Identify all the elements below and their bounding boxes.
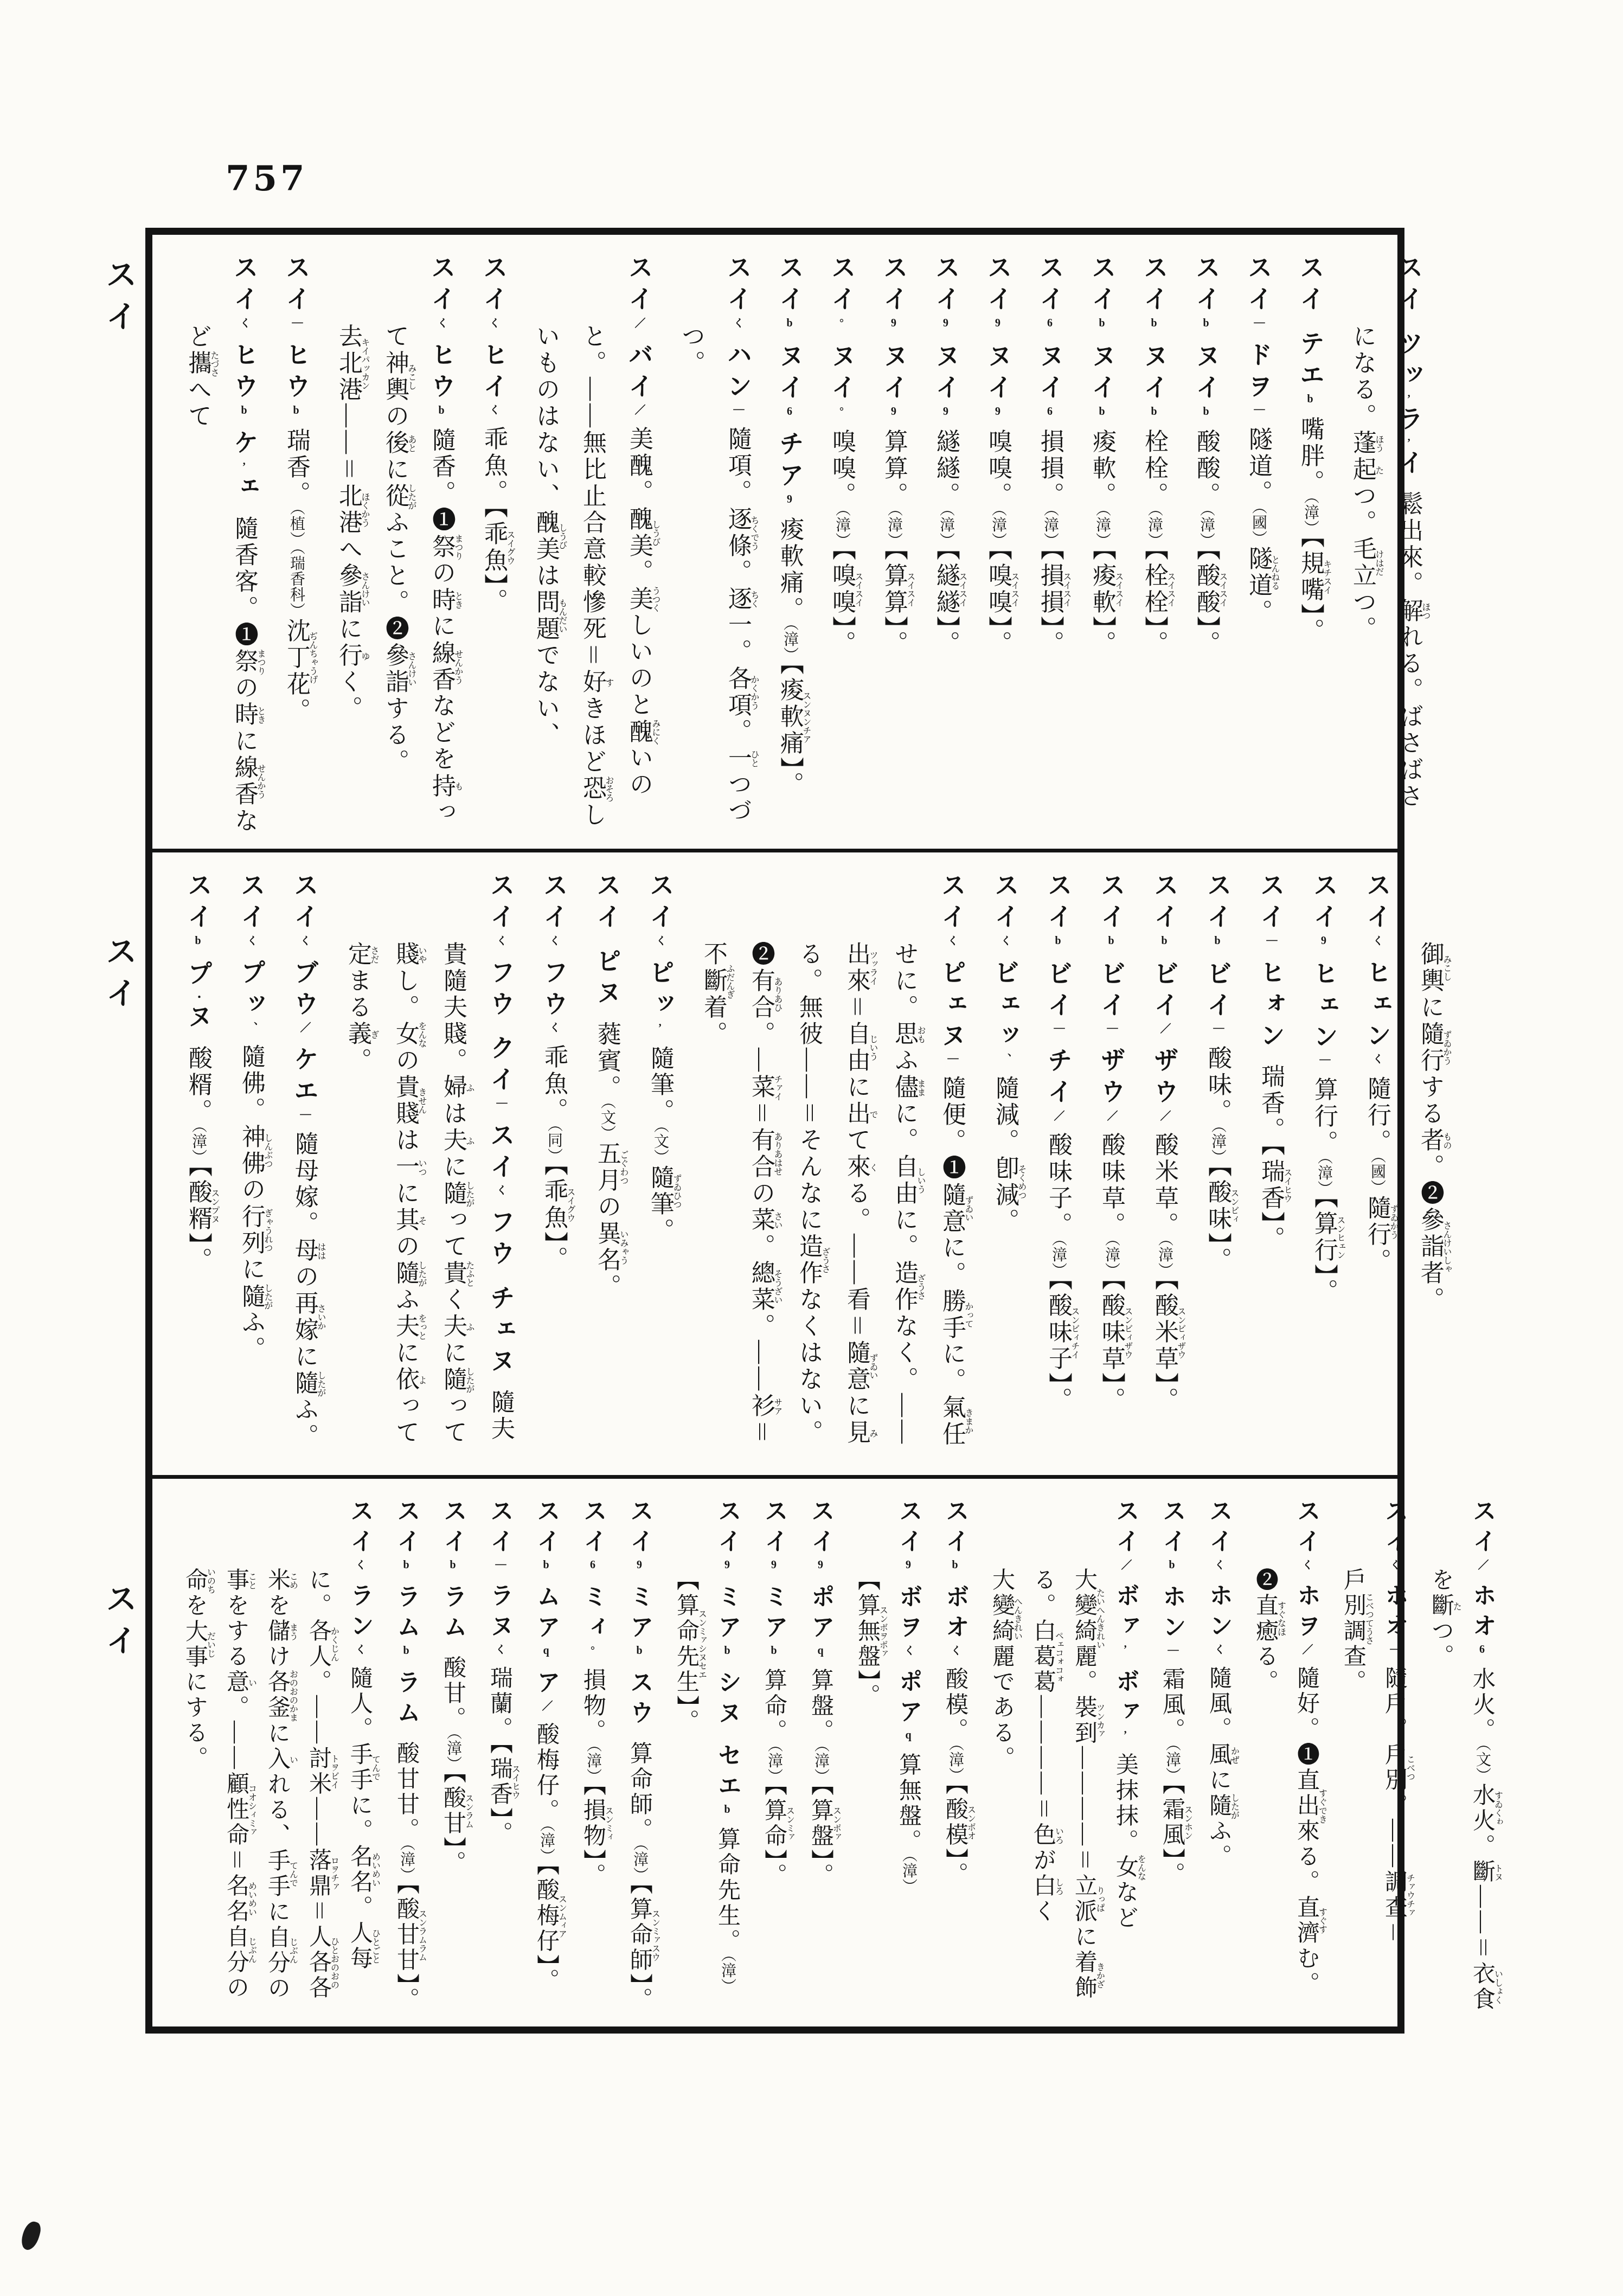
entry-headword-kana: スイく ホンく xyxy=(1205,1498,1232,1655)
tone-mark: く xyxy=(732,317,743,329)
tone-mark: ｜ xyxy=(1105,1023,1117,1035)
dictionary-entry: スイく ヒウb隨香。❶祭まつりの時ときに線香せんかうなどを持もって神輿みこしの後… xyxy=(325,254,465,836)
tone-mark: b xyxy=(784,317,796,330)
source-tag: （漳） xyxy=(1094,509,1111,548)
ink-mark xyxy=(19,2220,43,2252)
entry-definition: 酸味。（漳）【酸味スンビィ】。 xyxy=(1204,1046,1231,1274)
tone-mark: b xyxy=(1148,317,1160,330)
entry-headword-kana: スイb ビイ／ ザウ／ xyxy=(1151,872,1178,1121)
margin-guide-char-su: ス xyxy=(101,255,142,297)
tone-mark: ／ xyxy=(1158,1023,1170,1035)
entry-headword-kana: スイ｜ ドヲ｜ xyxy=(1244,254,1272,416)
tone-mark: b xyxy=(435,405,447,417)
tone-mark: く xyxy=(1300,1559,1312,1570)
entry-headword-kana: スイく ヒェンく xyxy=(1363,872,1391,1065)
entry-definition: 瑞香。【瑞香スイヒウ】。 xyxy=(1258,1064,1284,1253)
dictionary-entry: スイ｜ ヒウb瑞香。（植）（瑞香科）沈丁花ぢんちゃうげ。 xyxy=(273,254,319,836)
source-tag: （瑞香科） xyxy=(288,547,305,618)
tone-mark: 9 xyxy=(814,1559,826,1572)
entry-continuation: 御輿みこしに隨行ずゐかうする者もの。❷參詣者さんけいしゃ。 xyxy=(1406,872,1454,1462)
dictionary-entry: スイ｜ ドヲ｜隧道。（國）隧道とんねる。 xyxy=(1235,254,1281,836)
tone-mark: く xyxy=(487,317,499,329)
entry-definition: 瑞蘭。【瑞香スイヒウ】。 xyxy=(487,1666,512,1847)
dictionary-entry: スイく フウ クイ｜ スイく フウ チェヌ隨夫貴隨夫賤。婦ふは夫ふに隨したがって… xyxy=(333,872,524,1462)
tone-mark: b xyxy=(1200,317,1212,330)
margin-guide-char-i: イ xyxy=(101,1621,142,1663)
entry-definition: 嗅嗅。（漳）【嗅嗅スイスイ】。 xyxy=(985,429,1011,657)
entry-definition: 酸模。（漳）【酸模スンボオ】。 xyxy=(942,1667,967,1888)
dictionary-entry: スイく ヒイく乖魚。【乖魚スイグウ】。 xyxy=(470,254,517,836)
dictionary-entry: スイb ボオく酸模。（漳）【酸模スンボオ】。 xyxy=(934,1498,976,2013)
source-tag: （漳） xyxy=(719,1954,736,1994)
entry-headword-kana: スイ／ ホオ6 xyxy=(1469,1498,1496,1656)
dictionary-entry: スイb ビイ／ ザウ／酸米草。（漳）【酸米草スンビィザウ】。 xyxy=(1140,872,1188,1462)
entry-definition: 隨人。手手てんでに。名名めいめい。人每ひとごとに。各人かくじん。――討米トヲビイ… xyxy=(182,1568,372,2002)
dictionary-entry: スイ9 ポアq算盤。（漳）【算盤スンポァ】。 xyxy=(800,1498,841,2013)
entry-headword-kana: スイb ビイ｜ ザウ／ xyxy=(1098,872,1125,1121)
tone-mark: く xyxy=(245,935,257,946)
tone-mark: b xyxy=(238,405,250,417)
source-tag: （漳） xyxy=(938,509,954,548)
content-frame: スイ ツッ’ラ’イ鬆出來。解ほつれる。ばさばさになる。蓬ほう起たつ。毛立けはだつ… xyxy=(145,228,1404,2034)
entry-headword-kana: スイb ムアq ア／ xyxy=(533,1498,560,1711)
source-tag: （漳） xyxy=(781,623,798,663)
tone-mark: ’ xyxy=(1403,393,1415,406)
tone-mark: 6 xyxy=(1044,406,1056,418)
tone-mark: ｜ xyxy=(1265,935,1276,946)
tone-mark: b xyxy=(1148,406,1160,418)
tone-mark: ° xyxy=(836,317,848,330)
entry-definition: 御輿みこしに隨行ずゐかうする者もの。❷參詣者さんけいしゃ。 xyxy=(1417,941,1444,1313)
entry-definition: 蕤賓。（文）五月ごぐわつの異名いみゃう。 xyxy=(594,1022,620,1300)
source-tag: （漳） xyxy=(190,1125,207,1165)
entry-headword-kana: スイく ピッ’ xyxy=(646,872,674,1035)
tone-mark: ｜ xyxy=(1388,1644,1400,1655)
entry-headword-kana: スイく ピェヌ｜ xyxy=(938,872,966,1065)
tone-mark: ／ xyxy=(633,405,645,416)
dictionary-entry: スイb ラムb ラム酸甘甘。（漳）【酸甘甘スンラムラム】。 xyxy=(386,1498,427,2013)
dictionary-entry: スイく プッ、隨佛。神佛しんぶつの行列ぎゃうれつに隨したがふ。 xyxy=(227,872,275,1462)
dictionary-entry: スイく ハン｜隨項。逐條ちくでう。逐ちく一。各項かくかう。一ひとつづつ。 xyxy=(668,254,761,836)
dictionary-entry: スイb ビイ｜酸味。（漳）【酸味スンビィ】。 xyxy=(1194,872,1241,1462)
source-tag: （漳） xyxy=(833,509,850,548)
tone-mark: b xyxy=(1096,406,1108,418)
tone-mark: ／ xyxy=(1052,1110,1064,1121)
dictionary-entry: スイく ブウ／ ケエ｜隨母嫁。母ははの再嫁さいかに隨したがふ。 xyxy=(280,872,328,1462)
dictionary-entry: スイb ヌイb酸酸。（漳）【酸酸スイスイ】。 xyxy=(1183,254,1229,836)
entry-headword-kana: スイ9 ヌイ9 xyxy=(932,254,960,418)
entry-definition: 算行。（漳）【算行スンヒェン】。 xyxy=(1311,1077,1337,1305)
tone-mark: ｜ xyxy=(732,405,743,416)
tone-mark: ’ xyxy=(1119,1644,1131,1656)
entry-headword-kana: スイ6 ヌイ6 xyxy=(1036,254,1064,418)
tone-mark: ° xyxy=(836,406,848,418)
entry-definition: 隨母嫁。母ははの再嫁さいかに隨したがふ。 xyxy=(291,1131,318,1450)
entry-definition: 酸糈。（漳）【酸糈スンプヌ】。 xyxy=(185,1046,211,1274)
entry-headword-kana: スイ｜ ヒォン xyxy=(1257,872,1285,1054)
entry-definition: 痠軟痛。（漳）【痠軟痛スンヌンチア】。 xyxy=(777,517,803,798)
tone-mark: く xyxy=(435,317,447,329)
tone-mark: b xyxy=(400,1645,412,1657)
dictionary-entry: スイく ホオ｜隨戶。戶別こべつ。――調查チァウチァ＝戶別調查こべつてうさ。 xyxy=(1332,1498,1415,2013)
dictionary-entry: スイく フウく乖魚。（同）【乖魚スイグウ】。 xyxy=(530,872,578,1462)
entry-definition: 酸味草。（漳）【酸味草スンビィザウ】。 xyxy=(1098,1132,1125,1414)
entry-definition: 損物。（漳）【損物スンミィ】。 xyxy=(580,1668,605,1889)
tone-mark: 9 xyxy=(940,317,952,330)
entry-headword-kana: スイく フウ クイ｜ スイく フウ チェヌ xyxy=(487,872,515,1379)
tone-mark: く xyxy=(999,935,1011,946)
tone-mark: く xyxy=(1371,1054,1383,1065)
entry-headword-kana: スイく ホヲ／ xyxy=(1293,1498,1320,1655)
dictionary-entry: スイb プ・ヌ酸糈。（漳）【酸糈スンプヌ】。 xyxy=(174,872,222,1462)
tone-mark: ／ xyxy=(1119,1559,1131,1570)
entry-headword-kana: スイく プッ、 xyxy=(238,872,265,1034)
dictionary-entry: スイ9 ヌイ9繸繸。（漳）【繸繸スイスイ】。 xyxy=(922,254,969,836)
dictionary-entry: スイ／ ボァ’ ボァ’美抹抹。女をんななど大變綺麗たいへんきれい。裝到ツンカァ―… xyxy=(981,1498,1146,2013)
dictionary-entry: スイく ホンく隨風。風かぜに隨したがふ。 xyxy=(1198,1498,1239,2013)
tone-mark: b xyxy=(633,1645,645,1657)
entry-definition: 隨行。（國）隨行ずゐかう。 xyxy=(1364,1076,1390,1275)
entry-headword-kana: スイ9 ヌイ9 xyxy=(880,254,908,418)
dictionary-entry: スイ° ヌイ°嗅嗅。（漳）【嗅嗅スイスイ】。 xyxy=(818,254,865,836)
dictionary-entry: スイ9 ミアb算命。（漳）【算命スンミァ】。 xyxy=(753,1498,794,2013)
tone-mark: 、 xyxy=(245,1022,257,1034)
source-tag: （漳） xyxy=(398,1843,415,1883)
entry-headword-kana: スイ° ヌイ° xyxy=(828,254,856,418)
tone-mark: b xyxy=(540,1559,552,1572)
tone-mark: ｜ xyxy=(946,1054,958,1065)
tone-mark: 9 xyxy=(992,406,1004,418)
tone-mark: b xyxy=(1304,393,1316,406)
tone-mark: b xyxy=(768,1645,780,1657)
entry-definition: 酸甘。（漳）【酸甘スンラム】。 xyxy=(440,1656,465,1876)
source-tag: （漳） xyxy=(1164,1743,1181,1783)
tone-mark: ｜ xyxy=(1166,1645,1178,1656)
source-tag: （文） xyxy=(652,1125,669,1165)
tone-mark: 9 xyxy=(888,317,900,330)
entry-headword-kana: スイ テエb xyxy=(1297,254,1324,406)
dictionary-entry: スイく ホヲ／隨好。❶直出來すぐできる。直濟すぐすむ。❷直癒すぐなほる。 xyxy=(1244,1498,1327,2013)
entry-definition: 算命。（漳）【算命スンミァ】。 xyxy=(761,1668,786,1889)
tone-mark: ｜ xyxy=(298,1109,310,1120)
tone-mark: く xyxy=(902,1645,914,1656)
tone-mark: ｜ xyxy=(493,1559,505,1570)
entry-definition: 隧道。（國）隧道とんねる。 xyxy=(1245,427,1272,626)
source-tag: （國） xyxy=(1250,506,1267,546)
entry-definition: 栓栓。（漳）【栓栓スイスイ】。 xyxy=(1141,429,1167,657)
margin-guide-sui-band3: ス イ xyxy=(101,1579,142,1663)
source-tag: （漳） xyxy=(1103,1239,1120,1278)
dictionary-entry: スイb ビイ｜ ザウ／酸味草。（漳）【酸味草スンビィザウ】。 xyxy=(1087,872,1135,1462)
tone-mark: く xyxy=(298,935,310,946)
entry-headword-kana: スイ9 ヌイ9 xyxy=(984,254,1012,418)
entry-definition: 算算。（漳）【算算スイスイ】。 xyxy=(881,429,907,657)
dictionary-entry: スイb ラム酸甘。（漳）【酸甘スンラム】。 xyxy=(432,1498,473,2013)
dictionary-entry: スイく ピェヌ｜隨便。❶隨意ずゐいに。勝手かってに。氣任きまかせに。思おもふ儘ま… xyxy=(689,872,976,1462)
entry-headword-kana: スイ｜ ラヌく xyxy=(486,1498,513,1655)
source-tag: （文） xyxy=(599,1101,615,1141)
tone-mark: ’ xyxy=(238,461,250,473)
entry-headword-kana: スイb ヌイb xyxy=(1140,254,1168,418)
dictionary-entry: スイ9 ミアb シヌ セエb算命先生。（漳）【算命先生スンミァシヌセエ】。 xyxy=(665,1498,748,2013)
tone-mark: く xyxy=(946,935,958,946)
dictionary-page: 757 ス イ ス イ ス イ スイ ツッ’ラ’イ鬆出來。解ほつれる。ばさばさに… xyxy=(0,0,1623,2296)
dictionary-entry: スイ｜ ヒォン瑞香。【瑞香スイヒウ】。 xyxy=(1247,872,1294,1462)
entry-headword-kana: スイ／ ボァ’ ボァ’ xyxy=(1112,1498,1139,1742)
margin-guide-sui-band2: ス イ xyxy=(101,932,142,1016)
dictionary-entry: スイ9 ボヲく ポアq算無盤。（漳）【算無盤スンボヲポァ】。 xyxy=(846,1498,929,2013)
tone-mark: b xyxy=(721,1645,733,1657)
entry-headword-kana: スイb ボオく xyxy=(942,1498,968,1656)
tone-mark: ｜ xyxy=(290,317,302,329)
entry-definition: 酸甘甘。（漳）【酸甘甘スンラムラム】。 xyxy=(394,1741,419,2013)
entry-headword-kana: スイb ラムb ラム xyxy=(393,1498,420,1730)
tone-mark: 9 xyxy=(633,1559,645,1572)
entry-definition: 瑞香。（植）（瑞香科）沈丁花ぢんちゃうげ。 xyxy=(283,428,310,724)
dictionary-entry: スイ／ バイ／美醜。醜美しうび。美うつくしいのと醜みにくいのと。――無比止合意較… xyxy=(522,254,662,836)
tone-mark: b xyxy=(447,1559,459,1572)
source-tag: （漳） xyxy=(1209,1125,1226,1165)
entry-definition: 算命師。（漳）【算命師スンミァスウ】。 xyxy=(627,1741,652,2013)
entry-headword-kana: スイb プ・ヌ xyxy=(184,872,212,1035)
tone-mark: 9 xyxy=(784,493,796,506)
entry-definition: 酸米草。（漳）【酸米草スンビィザウ】。 xyxy=(1151,1132,1178,1414)
tone-mark: 9 xyxy=(721,1559,733,1572)
entry-headword-kana: スイb ラム xyxy=(440,1498,466,1645)
dictionary-entry: スイく ヒェンく隨行。（國）隨行ずゐかう。 xyxy=(1353,872,1401,1462)
tone-mark: b xyxy=(1158,935,1170,947)
source-tag: （漳） xyxy=(445,1732,461,1772)
tone-mark: ／ xyxy=(1300,1644,1312,1655)
dictionary-entry: スイく ヒウb ケ’ェ隨香客。❶祭まつりの時ときに線香せんかうなど攜たづさへて xyxy=(174,254,267,836)
tone-mark: く xyxy=(1213,1644,1224,1655)
tone-mark: b xyxy=(1211,935,1223,947)
band-divider xyxy=(152,849,1397,852)
source-tag: （漳） xyxy=(990,509,1006,548)
entry-headword-kana: スイく フウく xyxy=(540,872,568,1034)
tone-mark: く xyxy=(1213,1559,1224,1570)
tone-mark: q xyxy=(902,1729,914,1742)
tone-mark: ／ xyxy=(1476,1559,1488,1570)
entry-headword-kana: スイ ツッ’ラ’イ xyxy=(1395,254,1423,481)
entry-headword-kana: スイ9 ヒェン｜ xyxy=(1310,872,1338,1066)
margin-guide-sui-band1: ス イ xyxy=(101,255,142,339)
entry-headword-kana: スイ9 ミアb シヌ セエb xyxy=(714,1498,741,1816)
entry-headword-kana: スイb ビイ｜ チイ／ xyxy=(1044,872,1072,1121)
source-tag: （文） xyxy=(1474,1743,1491,1783)
dictionary-entry: スイ9 ヌイ9算算。（漳）【算算スイスイ】。 xyxy=(870,254,917,836)
entry-headword-kana: スイb ヌイ6 チア9 xyxy=(776,254,804,506)
dictionary-entry: スイく ピッ’隨筆。（文）隨筆ずゐひつ。 xyxy=(636,872,684,1462)
source-tag: （漳） xyxy=(1146,509,1163,548)
source-tag: （漳） xyxy=(538,1824,555,1864)
band-divider xyxy=(152,1475,1397,1479)
source-tag: （漳） xyxy=(900,1855,917,1894)
tone-mark: く xyxy=(354,1644,365,1655)
dictionary-entry: スイ6 ヌイ6損損。（漳）【損損スイスイ】。 xyxy=(1027,254,1073,836)
margin-guide-char-i: イ xyxy=(101,297,142,338)
dictionary-entry: スイく ビェッ、隨減。卽減そくめつ。 xyxy=(981,872,1029,1462)
tone-mark: ／ xyxy=(1158,1110,1170,1121)
entry-definition: 算盤。（漳）【算盤スンポァ】。 xyxy=(808,1668,833,1889)
tone-mark: ・ xyxy=(192,992,204,1003)
dictionary-entry: スイく ランく隨人。手手てんでに。名名めいめい。人每ひとごとに。各人かくじん。―… xyxy=(174,1498,380,2013)
tone-mark: ° xyxy=(587,1645,599,1657)
tone-mark: 9 xyxy=(1318,935,1330,947)
tone-mark: 6 xyxy=(587,1559,599,1572)
tone-mark: ／ xyxy=(1105,1110,1117,1121)
tone-mark: く xyxy=(493,1644,505,1655)
entry-definition: 嗅嗅。（漳）【嗅嗅スイスイ】。 xyxy=(829,429,855,657)
entry-definition: 酸酸。（漳）【酸酸スイスイ】。 xyxy=(1193,429,1220,657)
entry-definition: 乖魚。（同）【乖魚スイグウ】。 xyxy=(541,1044,567,1273)
tone-mark: ’ xyxy=(654,1022,666,1035)
entry-definition: 乖魚。【乖魚スイグウ】。 xyxy=(480,427,507,615)
entry-headword-kana: スイ ピヌ xyxy=(593,872,621,1011)
entry-definition: 隨風。風かぜに隨したがふ。 xyxy=(1206,1666,1231,1870)
tone-mark: く xyxy=(354,1559,365,1570)
dictionary-entry: スイ6 ミィ°損物。（漳）【損物スンミィ】。 xyxy=(572,1498,613,2013)
entry-band-2: 御輿みこしに隨行ずゐかうする者もの。❷參詣者さんけいしゃ。スイく ヒェンく隨行。… xyxy=(152,852,1469,1475)
dictionary-entry: スイb ヌイb栓栓。（漳）【栓栓スイスイ】。 xyxy=(1131,254,1177,836)
entry-headword-kana: スイ9 ミアb xyxy=(761,1498,787,1657)
tone-mark: ／ xyxy=(633,317,645,329)
entry-definition: 酸味子。（漳）【酸味子スンビィチイ】。 xyxy=(1045,1132,1072,1414)
dictionary-entry: スイb ヌイb痠軟。（漳）【痠軟スイスイ】。 xyxy=(1079,254,1125,836)
tone-mark: 9 xyxy=(940,406,952,418)
tone-mark: ｜ xyxy=(1211,1023,1223,1035)
tone-mark: b xyxy=(1096,317,1108,330)
tone-mark: ｜ xyxy=(1318,1055,1330,1066)
dictionary-entry: スイb ホン｜霜風。（漳）【霜風スンホン】。 xyxy=(1151,1498,1192,2013)
source-tag: （漳） xyxy=(1050,1239,1067,1278)
entry-headword-kana: スイ9 ポアq xyxy=(807,1498,834,1657)
entry-headword-kana: スイく ヒウb xyxy=(428,254,456,417)
source-tag: （漳） xyxy=(1156,1239,1173,1278)
dictionary-entry: スイ｜ ラヌく瑞蘭。【瑞香スイヒウ】。 xyxy=(479,1498,520,2013)
tone-mark: ｜ xyxy=(495,1098,506,1109)
entry-definition: 隨佛。神佛しんぶつの行列ぎゃうれつに隨したがふ。 xyxy=(238,1044,265,1363)
tone-mark: く xyxy=(1371,935,1383,946)
dictionary-entry: スイ ツッ’ラ’イ鬆出來。解ほつれる。ばさばさになる。蓬ほう起たつ。毛立けはだつ… xyxy=(1339,254,1432,836)
source-tag: （同） xyxy=(546,1124,562,1164)
tone-mark: く xyxy=(548,935,560,946)
margin-guide-char-su: ス xyxy=(101,1579,142,1621)
entry-headword-kana: スイく ランく xyxy=(347,1498,373,1655)
dictionary-entry: スイ／ ホオ6水火。（文）水火すゐくゎ。斷トヌ――＝衣食いしょくを斷たつ。 xyxy=(1420,1498,1503,2013)
source-tag: （漳） xyxy=(812,1745,829,1784)
entry-definition: 痠軟。（漳）【痠軟スイスイ】。 xyxy=(1089,429,1115,657)
entry-definition: 隨便。❶隨意ずゐいに。勝手かってに。氣任きまかせに。思おもふ儘ままに。自由しいう… xyxy=(700,941,965,1448)
tone-mark: b xyxy=(1105,935,1117,947)
tone-mark: b xyxy=(400,1559,412,1572)
source-tag: （漳） xyxy=(1042,509,1059,548)
tone-mark: q xyxy=(540,1645,552,1657)
tone-mark: ／ xyxy=(298,1022,310,1034)
tone-mark: く xyxy=(548,1022,560,1034)
entry-headword-kana: スイ／ バイ／ xyxy=(625,254,653,416)
tone-mark: b xyxy=(290,405,302,417)
tone-mark: b xyxy=(192,935,204,947)
tone-mark: く xyxy=(495,935,506,946)
dictionary-entry: スイ9 ヒェン｜算行。（漳）【算行スンヒェン】。 xyxy=(1300,872,1348,1462)
entry-headword-kana: スイ9 ボヲく ポアq xyxy=(895,1498,922,1742)
tone-mark: ｜ xyxy=(1252,317,1264,329)
dictionary-entry: スイb ヌイ6 チア9痠軟痛。（漳）【痠軟痛スンヌンチア】。 xyxy=(766,254,813,836)
entry-definition: 隨筆。（文）隨筆ずゐひつ。 xyxy=(647,1046,673,1245)
tone-mark: 9 xyxy=(992,317,1004,330)
tone-mark: b xyxy=(1052,935,1064,947)
entry-headword-kana: スイ9 ミアb スウ xyxy=(626,1498,653,1730)
source-tag: （漳） xyxy=(631,1843,648,1883)
entry-definition: 損損。（漳）【損損スイスイ】。 xyxy=(1037,429,1063,657)
entry-headword-kana: スイく ヒウb ケ’ェ xyxy=(230,254,258,505)
tone-mark: ’ xyxy=(1403,437,1415,450)
tone-mark: ｜ xyxy=(1252,405,1264,416)
source-tag: （植） xyxy=(288,508,305,547)
page-number: 757 xyxy=(226,158,308,199)
entry-headword-kana: スイく ホオ｜ xyxy=(1381,1498,1408,1655)
tone-mark: ’ xyxy=(1119,1729,1131,1742)
entry-headword-kana: スイく ブウ／ ケエ｜ xyxy=(291,872,318,1120)
entry-headword-kana: スイく ビェッ、 xyxy=(991,872,1019,1065)
tone-mark: q xyxy=(814,1645,826,1657)
source-tag: （漳） xyxy=(1302,496,1319,536)
tone-mark: 6 xyxy=(1044,317,1056,330)
entry-headword-kana: スイく ヒイく xyxy=(480,254,508,416)
tone-mark: b xyxy=(1200,406,1212,418)
entry-headword-kana: スイ｜ ヒウb xyxy=(283,254,310,417)
entry-headword-kana: スイく ハン｜ xyxy=(724,254,752,416)
margin-guide-char-i: イ xyxy=(101,973,142,1015)
tone-mark: く xyxy=(949,1645,961,1656)
entry-band-1: スイ ツッ’ラ’イ鬆出來。解ほつれる。ばさばさになる。蓬ほう起たつ。毛立けはだつ… xyxy=(152,235,1447,849)
tone-mark: く xyxy=(654,935,666,946)
source-tag: （漳） xyxy=(886,509,902,548)
tone-mark: く xyxy=(238,317,250,329)
tone-mark: く xyxy=(495,1185,506,1196)
entry-definition: 嘴胖。（漳）【規嘴キチスイ】。 xyxy=(1297,416,1324,645)
tone-mark: ｜ xyxy=(1052,1023,1064,1035)
source-tag: （漳） xyxy=(947,1743,964,1783)
tone-mark: 6 xyxy=(1476,1644,1488,1656)
entry-headword-kana: スイb ビイ｜ xyxy=(1204,872,1231,1035)
tone-mark: ／ xyxy=(540,1700,552,1711)
tone-mark: く xyxy=(1388,1559,1400,1570)
source-tag: （漳） xyxy=(1316,1157,1332,1196)
dictionary-entry: スイ9 ヌイ9嗅嗅。（漳）【嗅嗅スイスイ】。 xyxy=(974,254,1021,836)
tone-mark: b xyxy=(1166,1559,1178,1572)
tone-mark: b xyxy=(949,1559,961,1572)
source-tag: （漳） xyxy=(585,1745,601,1784)
tone-mark: 9 xyxy=(902,1559,914,1572)
entry-headword-kana: スイb ヌイb xyxy=(1088,254,1116,418)
source-tag: （漳） xyxy=(1198,509,1215,548)
entry-band-3: スイ／ ホオ6水火。（文）水火すゐくゎ。斷トヌ――＝衣食いしょくを斷たつ。スイく… xyxy=(152,1479,1518,2026)
entry-definition: 酸梅仔。（漳）【酸梅仔スンムィア】。 xyxy=(534,1722,559,1994)
entry-headword-kana: スイb ホン｜ xyxy=(1159,1498,1185,1656)
source-tag: （漳） xyxy=(766,1745,782,1784)
tone-mark: 9 xyxy=(888,406,900,418)
tone-mark: く xyxy=(487,405,499,416)
dictionary-entry: スイ ピヌ蕤賓。（文）五月ごぐわつの異名いみゃう。 xyxy=(583,872,631,1462)
tone-mark: 9 xyxy=(768,1559,780,1572)
dictionary-entry: スイ9 ミアb スウ算命師。（漳）【算命師スンミァスウ】。 xyxy=(619,1498,660,2013)
tone-mark: 、 xyxy=(999,1054,1011,1065)
dictionary-entry: スイb ビイ｜ チイ／酸味子。（漳）【酸味子スンビィチイ】。 xyxy=(1034,872,1082,1462)
entry-definition: 繸繸。（漳）【繸繸スイスイ】。 xyxy=(933,429,959,657)
dictionary-entry: スイ テエb嘴胖。（漳）【規嘴キチスイ】。 xyxy=(1287,254,1333,836)
